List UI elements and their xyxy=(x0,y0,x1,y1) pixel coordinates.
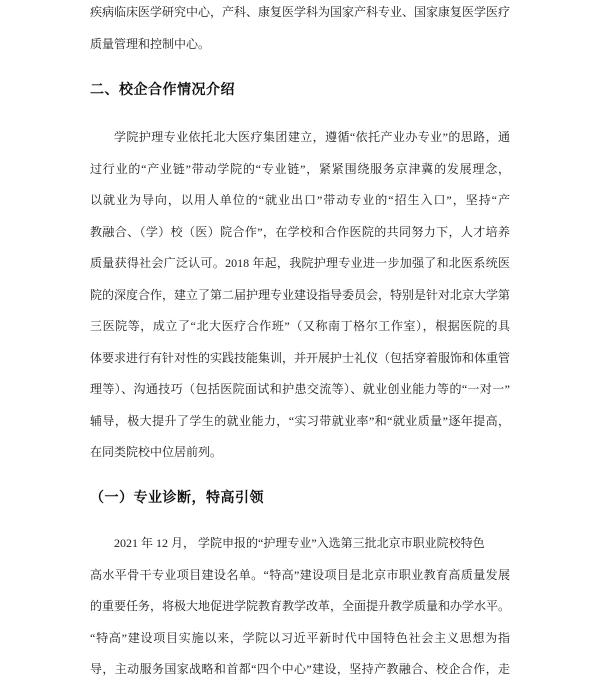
paragraph-continued: 疾病临床医学研究中心，产科、康复医学科为国家产科专业、国家康复医学医疗 质量管理… xyxy=(90,0,510,60)
text-line: 2021 年 12 月， 学院申报的“护理专业”入选第三批北京市职业院校特色 xyxy=(90,528,510,560)
text-line: 理等）、沟通技巧（包括医院面试和护患交流等）、就业创业能力等的“一对一” xyxy=(90,374,510,406)
document-page: 疾病临床医学研究中心，产科、康复医学科为国家产科专业、国家康复医学医疗 质量管理… xyxy=(0,0,595,678)
text-line: 在同类院校中位居前列。 xyxy=(90,437,510,469)
text-line: 质量获得社会广泛认可。2018 年起，我院护理专业进一步加强了和北医系统医 xyxy=(90,248,510,280)
text-line: 院的深度合作，建立了第二届护理专业建设指导委员会，特别是针对北京大学第 xyxy=(90,280,510,312)
text-line: 过行业的“产业链”带动学院的“专业链”，紧紧围绕服务京津冀的发展理念， xyxy=(90,154,510,186)
text-line: 教融合、（学）校（医）院合作”，在学校和合作医院的共同努力下，人才培养 xyxy=(90,217,510,249)
text-line: 疾病临床医学研究中心，产科、康复医学科为国家产科专业、国家康复医学医疗 xyxy=(90,0,510,29)
text-line: 的重要任务，将极大地促进学院教育教学改革，全面提升教学质量和办学水平。 xyxy=(90,591,510,623)
text-line: 体要求进行有针对性的实践技能集训，并开展护士礼仪（包括穿着服饰和体重管 xyxy=(90,343,510,375)
subsection-heading: （一）专业诊断，特高引领 xyxy=(90,482,510,514)
text-line: 质量管理和控制中心。 xyxy=(90,29,510,61)
text-line: 高水平骨干专业项目建设名单。“特高”建设项目是北京市职业教育高质量发展 xyxy=(90,560,510,592)
paragraph: 2021 年 12 月， 学院申报的“护理专业”入选第三批北京市职业院校特色 高… xyxy=(90,528,510,678)
section-heading: 二、校企合作情况介绍 xyxy=(90,74,510,106)
document-content: 疾病临床医学研究中心，产科、康复医学科为国家产科专业、国家康复医学医疗 质量管理… xyxy=(90,0,510,678)
text-line: “特高”建设项目实施以来，学院以习近平新时代中国特色社会主义思想为指 xyxy=(90,623,510,655)
text-line: 三医院等，成立了“北大医疗合作班”（又称南丁格尔工作室），根据医院的具 xyxy=(90,311,510,343)
text-line: 学院护理专业依托北大医疗集团建立，遵循“依托产业办专业”的思路，通 xyxy=(90,122,510,154)
text-line: 导，主动服务国家战略和首都“四个中心”建设，坚持产教融合、校企合作，走 xyxy=(90,654,510,678)
paragraph: 学院护理专业依托北大医疗集团建立，遵循“依托产业办专业”的思路，通 过行业的“产… xyxy=(90,122,510,469)
text-line: 辅导，极大提升了学生的就业能力，“实习带就业率”和“就业质量”逐年提高， xyxy=(90,406,510,438)
text-line: 以就业为导向，以用人单位的“就业出口”带动专业的“招生入口”，坚持“产 xyxy=(90,185,510,217)
